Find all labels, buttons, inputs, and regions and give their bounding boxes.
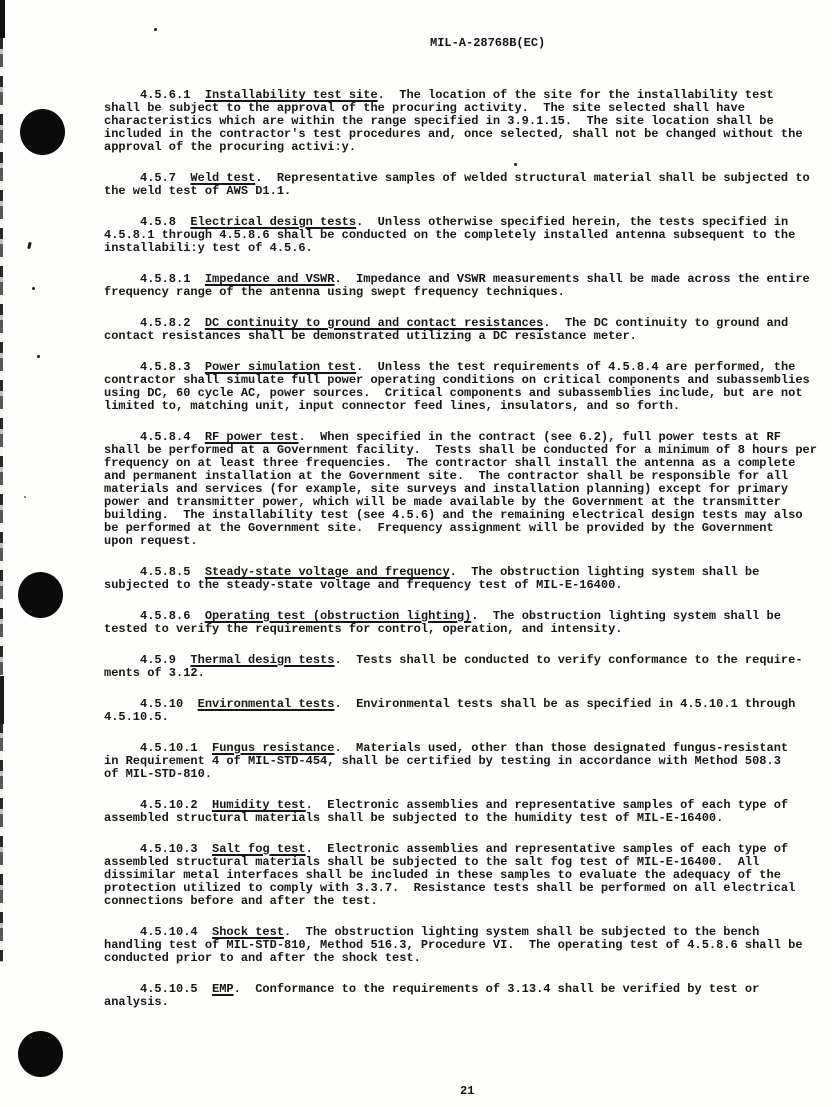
section-title: DC continuity to ground and contact resi… [205,316,543,330]
paragraph-list: 4.5.6.1 Installability test site. The lo… [104,89,823,1009]
title-period: . [334,741,341,755]
scan-speck [24,496,26,498]
title-period: . [234,982,241,996]
section-number: 4.5.9 [140,653,176,667]
title-body-gap [241,982,255,996]
section-body: When specified in the contract (see 6.2)… [104,430,817,548]
page-number: 21 [460,1084,474,1098]
spec-paragraph: 4.5.8 Electrical design tests. Unless ot… [104,216,823,255]
title-period: . [306,798,313,812]
spec-paragraph: 4.5.6.1 Installability test site. The lo… [104,89,823,154]
title-body-gap [291,925,305,939]
section-title: Thermal design tests [190,653,334,667]
spec-paragraph: 4.5.10 Environmental tests. Environmenta… [104,698,823,724]
scan-edge-blot [0,676,4,724]
section-title: EMP [212,982,234,996]
section-title: Impedance and VSWR [205,272,335,286]
title-body-gap [313,842,327,856]
document-number-header: MIL-A-28768B(EC) [430,36,545,50]
number-title-gap [190,565,204,579]
section-number: 4.5.10 [140,697,183,711]
spec-paragraph: 4.5.10.1 Fungus resistance. Materials us… [104,742,823,781]
section-title: Environmental tests [198,697,335,711]
title-period: . [298,430,305,444]
title-period: . [334,272,341,286]
title-period: . [543,316,550,330]
spec-paragraph: 4.5.8.6 Operating test (obstruction ligh… [104,610,823,636]
title-period: . [306,842,313,856]
section-number: 4.5.8.2 [140,316,190,330]
hole-punch-mark [18,1031,63,1077]
spec-paragraph: 4.5.8.3 Power simulation test. Unless th… [104,361,823,413]
scan-speck [154,28,157,31]
number-title-gap [198,925,212,939]
number-title-gap [198,741,212,755]
number-title-gap [190,88,204,102]
scan-edge-blot [0,0,5,38]
title-body-gap [385,88,399,102]
number-title-gap [190,430,204,444]
title-body-gap [306,430,320,444]
section-title: Operating test (obstruction lighting) [205,609,471,623]
title-body-gap [457,565,471,579]
section-title: Humidity test [212,798,306,812]
number-title-gap [190,272,204,286]
spec-paragraph: 4.5.9 Thermal design tests. Tests shall … [104,654,823,680]
section-title: Steady-state voltage and frequency [205,565,450,579]
section-title: Installability test site [205,88,378,102]
title-period: . [334,653,341,667]
spec-paragraph: 4.5.10.3 Salt fog test. Electronic assem… [104,843,823,908]
number-title-gap [183,697,197,711]
section-title: Power simulation test [205,360,356,374]
section-number: 4.5.10.3 [140,842,198,856]
scan-speck [37,355,40,358]
section-number: 4.5.8.4 [140,430,190,444]
number-title-gap [190,316,204,330]
section-title: Fungus resistance [212,741,334,755]
title-body-gap [342,272,356,286]
section-number: 4.5.10.5 [140,982,198,996]
section-number: 4.5.10.2 [140,798,198,812]
title-period: . [378,88,385,102]
section-title: Weld test [190,171,255,185]
section-number: 4.5.10.4 [140,925,198,939]
title-period: . [450,565,457,579]
title-body-gap [551,316,565,330]
section-number: 4.5.8.1 [140,272,190,286]
spec-paragraph: 4.5.8.2 DC continuity to ground and cont… [104,317,823,343]
scan-speck [32,287,35,290]
number-title-gap [176,171,190,185]
section-number: 4.5.8.3 [140,360,190,374]
spec-paragraph: 4.5.8.5 Steady-state voltage and frequen… [104,566,823,592]
number-title-gap [190,609,204,623]
title-body-gap [313,798,327,812]
scan-speck [27,242,32,250]
title-body-gap [342,653,356,667]
scanned-page: MIL-A-28768B(EC) 4.5.6.1 Installability … [0,0,832,1107]
number-title-gap [198,982,212,996]
section-title: Shock test [212,925,284,939]
spec-paragraph: 4.5.7 Weld test. Representative samples … [104,172,823,198]
section-number: 4.5.10.1 [140,741,198,755]
section-title: RF power test [205,430,299,444]
hole-punch-mark [20,109,65,155]
hole-punch-mark [18,572,63,618]
number-title-gap [198,798,212,812]
number-title-gap [176,215,190,229]
spec-paragraph: 4.5.10.5 EMP. Conformance to the require… [104,983,823,1009]
spec-paragraph: 4.5.8.1 Impedance and VSWR. Impedance an… [104,273,823,299]
title-body-gap [478,609,492,623]
number-title-gap [190,360,204,374]
scan-edge-artifact [0,0,3,962]
section-number: 4.5.8 [140,215,176,229]
section-number: 4.5.7 [140,171,176,185]
spec-paragraph: 4.5.10.2 Humidity test. Electronic assem… [104,799,823,825]
section-number: 4.5.8.5 [140,565,190,579]
spec-paragraph: 4.5.10.4 Shock test. The obstruction lig… [104,926,823,965]
title-body-gap [342,741,356,755]
title-body-gap [262,171,276,185]
number-title-gap [176,653,190,667]
title-body-gap [342,697,356,711]
section-number: 4.5.8.6 [140,609,190,623]
title-body-gap [363,215,377,229]
number-title-gap [198,842,212,856]
section-number: 4.5.6.1 [140,88,190,102]
section-title: Salt fog test [212,842,306,856]
title-body-gap [363,360,377,374]
title-period: . [334,697,341,711]
section-title: Electrical design tests [190,215,356,229]
spec-paragraph: 4.5.8.4 RF power test. When specified in… [104,431,823,548]
